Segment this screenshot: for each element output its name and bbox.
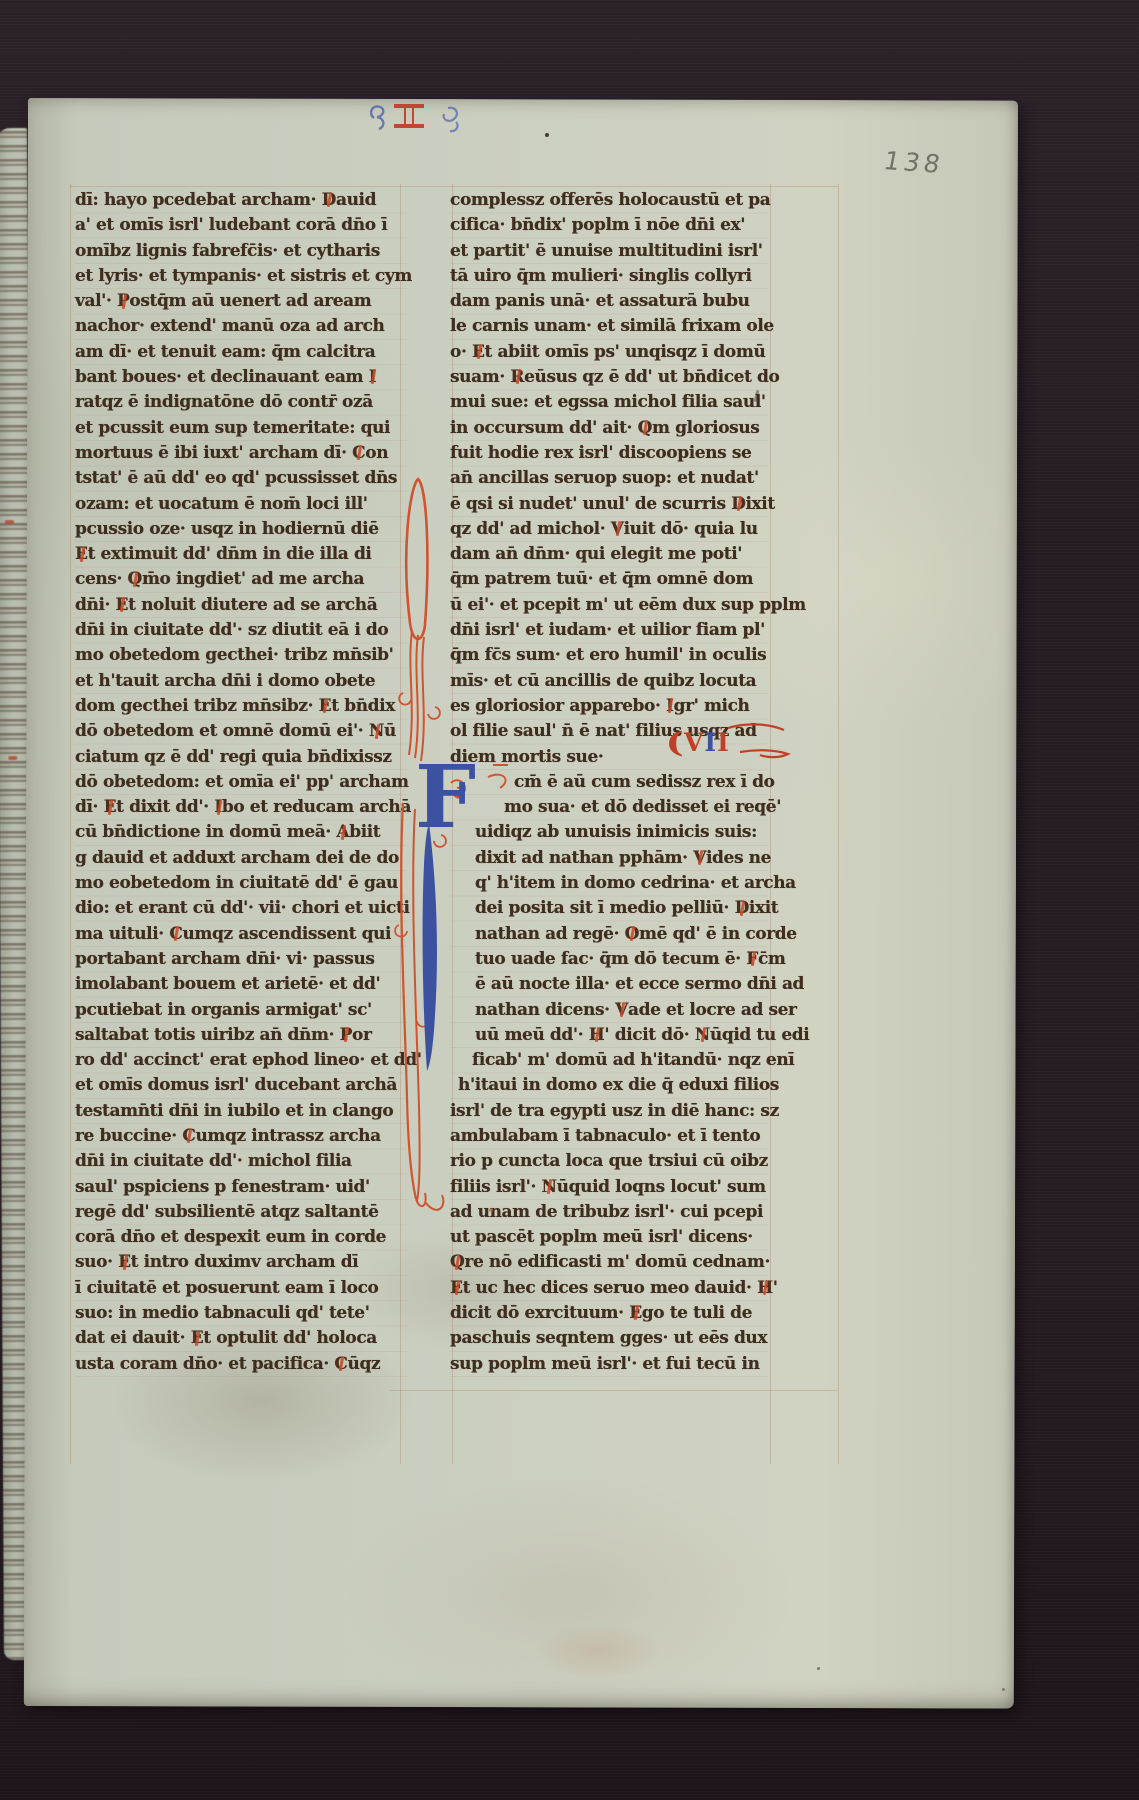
filigree-descender xyxy=(413,809,419,1201)
text-line: dō obetedom: et omīa ei' pp' archam xyxy=(75,770,407,795)
text-line: le carnis unam· et similā frixam ole xyxy=(450,314,768,339)
text-line: a' et omīs isrl' ludebant corā dn̄o ī xyxy=(75,213,407,238)
text-line: sup poplm meū isrl'· et fui tecū in xyxy=(450,1352,768,1377)
running-title: II xyxy=(360,94,480,138)
text-line: mo obetedom gecthei· tribz mn̄sib' xyxy=(75,643,407,668)
text-line: corā dn̄o et despexit eum in corde xyxy=(75,1225,407,1250)
text-line: dicit dō exrcituum· Ego te tuli de xyxy=(450,1301,768,1326)
text-line: ma uituli· Cumqz ascendissent qui xyxy=(75,922,407,947)
filigree-strand xyxy=(421,637,424,761)
initial-letter: F xyxy=(415,747,476,848)
filigree-loop xyxy=(406,479,427,639)
text-line: dom gecthei tribz mn̄sibz· Et bn̄dix xyxy=(75,694,407,719)
text-line: dī· Et dixit dd'· Ibo et reducam archā xyxy=(75,795,407,820)
text-line: ratqz ē indignatōne dō contr̄ ozā xyxy=(75,390,407,415)
text-line: ī ciuitatē et posuerunt eam ī loco xyxy=(75,1276,407,1301)
text-line: cifica· bn̄dix' poplm ī nōe dn̄i ex' xyxy=(450,213,768,238)
text-line: suam· Reūsus qz ē dd' ut bn̄dicet do xyxy=(450,365,768,390)
text-line: ro dd' accinct' erat ephod lineo· et dd' xyxy=(75,1048,407,1073)
initial-extended-stem xyxy=(423,823,437,1071)
text-line: dat ei dauit· Et optulit dd' holoca xyxy=(75,1326,407,1351)
text-line: imolabant bouem et arietē· et dd' xyxy=(75,972,407,997)
text-line: re buccine· Cumqz intrassz archa xyxy=(75,1124,407,1149)
speck xyxy=(489,1208,493,1212)
speck xyxy=(817,1667,820,1670)
text-line: dio: et erant cū dd'· vii· chori et uict… xyxy=(75,896,407,921)
text-line: omībz lignis fabrefc̄is· et cytharis xyxy=(75,239,407,264)
filigree-strand xyxy=(415,635,418,758)
speck xyxy=(1002,1688,1005,1691)
text-line: suo: in medio tabnaculi qd' tete' xyxy=(75,1301,407,1326)
filigree-curl xyxy=(428,707,440,719)
text-line: ciatum qz ē dd' regi quia bn̄dixissz xyxy=(75,745,407,770)
text-line: et omīs domus isrl' ducebant archā xyxy=(75,1073,407,1098)
text-line: cū bn̄dictione in domū meā· Abiit xyxy=(75,820,407,845)
text-line: in occursum dd' ait· Qm gloriosus xyxy=(450,416,768,441)
text-line: pcutiebat in organis armigat' sc' xyxy=(75,998,407,1023)
text-line: mo eobetedom in ciuitatē dd' ē gau xyxy=(75,871,407,896)
filigree-curl xyxy=(399,693,411,705)
text-line: et h'tauit archa dn̄i i domo obete xyxy=(75,669,407,694)
fore-edge-rubric-mark xyxy=(8,756,17,760)
text-column-left: dī: hayo pcedebat archam· Dauida' et omī… xyxy=(75,188,407,1377)
text-line: dn̄i in ciuitate dd'· michol filia xyxy=(75,1149,407,1174)
running-title-blue-flourish xyxy=(371,106,383,129)
text-line: tstat' ē aū dd' eo qd' pcussisset dn̄s xyxy=(75,466,407,491)
text-line: mui sue: et egssa michol filia saul' xyxy=(450,390,768,415)
text-line: suo· Et intro duximv archam dī xyxy=(75,1250,407,1275)
filigree-flourish xyxy=(426,1195,443,1210)
text-line: mortuus ē ibi iuxt' archam dī· Con xyxy=(75,441,407,466)
text-line: Qre nō edificasti m' domū cednam· xyxy=(450,1250,768,1275)
initial-filigree-art: F xyxy=(385,455,510,1220)
text-line: Et extimuit dd' dn̄m in die illa di xyxy=(75,542,407,567)
text-line: et lyris· et tympanis· et sistris et cym xyxy=(75,264,407,289)
text-line: usta coram dn̄o· et pacifica· Cūqz xyxy=(75,1352,407,1377)
text-line: nachor· extend' manū oza ad arch xyxy=(75,314,407,339)
text-line: dn̄i in ciuitate dd'· sz diutit eā i do xyxy=(75,618,407,643)
running-title-blue-flourish xyxy=(444,108,458,131)
text-line: ut pascēt poplm meū isrl' dicens· xyxy=(450,1225,768,1250)
chapter-marker: ( VII xyxy=(668,722,818,772)
filigree-curl xyxy=(488,775,506,788)
text-line: dn̄i· Et noluit diutere ad se archā xyxy=(75,593,407,618)
text-line: et pcussit eum sup temeritate: qui xyxy=(75,416,407,441)
text-line: regē dd' subsilientē atqz saltantē xyxy=(75,1200,407,1225)
text-line: tā uiro q̄m mulieri· singlis collyri xyxy=(450,264,768,289)
text-line: et partit' ē unuise multitudini isrl' xyxy=(450,239,768,264)
text-line: cens· Qm̄o ingdiet' ad me archa xyxy=(75,567,407,592)
ruling-line xyxy=(390,1390,838,1391)
text-line: paschuis seqntem gges· ut eēs dux xyxy=(450,1326,768,1351)
text-line: complessz offerēs holocaustū et pa xyxy=(450,188,768,213)
fore-edge-rubric-mark xyxy=(5,520,14,524)
ruling-line xyxy=(70,186,838,187)
text-line: pcussio oze· usqz in hodiernū diē xyxy=(75,517,407,542)
text-line: bant boues· et declinauant eam I xyxy=(75,365,407,390)
text-line: ozam: et uocatum ē nom̄ loci ill' xyxy=(75,492,407,517)
text-line: o· Et abiit omīs ps' unqisqz ī domū xyxy=(450,340,768,365)
text-line: am dī· et tenuit eam: q̄m calcitra xyxy=(75,340,407,365)
text-line: dī: hayo pcedebat archam· Dauid xyxy=(75,188,407,213)
decorated-initial-F: F xyxy=(385,455,510,1220)
text-line: val'· Postq̄m aū uenert ad aream xyxy=(75,289,407,314)
text-line: g dauid et adduxt archam dei de do xyxy=(75,846,407,871)
text-line: saltabat totis uiribz an̄ dn̄m· Por xyxy=(75,1023,407,1048)
filigree-strand xyxy=(409,631,412,755)
text-line: saul' pspiciens p fenestram· uid' xyxy=(75,1175,407,1200)
ruling-line xyxy=(838,184,839,1464)
text-line: portabant archam dn̄i· vi· passus xyxy=(75,947,407,972)
speck xyxy=(545,133,549,137)
chapter-marker-flourish xyxy=(668,722,818,772)
text-line: dam panis unā· et assaturā bubu xyxy=(450,289,768,314)
manuscript-photo: { "document": { "folio_number": "138", "… xyxy=(0,0,1139,1800)
text-line: testamn̄ti dn̄i in iubilo et in clango xyxy=(75,1099,407,1124)
text-line: Et uc hec dices seruo meo dauid· H' xyxy=(450,1276,768,1301)
folio-number: 138 xyxy=(881,146,946,179)
text-line: dō obetedom et omnē domū ei'· Nū xyxy=(75,719,407,744)
ruling-line xyxy=(70,184,71,1464)
